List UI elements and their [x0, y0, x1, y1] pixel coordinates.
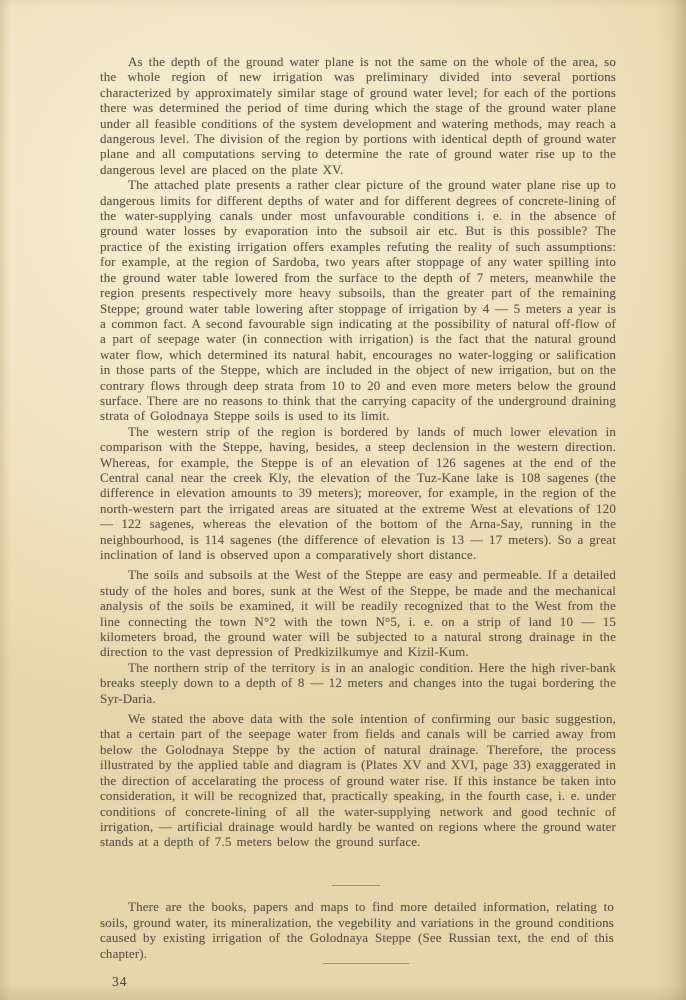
- page-number: 34: [112, 974, 128, 990]
- section-divider-rule: [332, 885, 380, 886]
- paragraph-northern-strip: The northern strip of the territory is i…: [100, 660, 616, 706]
- paragraph-western-strip-elevations: The western strip of the region is borde…: [100, 424, 616, 563]
- paragraph-soils-and-subsoils-west: The soils and subsoils at the West of th…: [100, 567, 616, 659]
- scanned-book-page: As the depth of the ground water plane i…: [0, 0, 686, 1000]
- end-of-chapter-rule: [323, 963, 409, 964]
- paragraph-basic-suggestion-drainage: We stated the above data with the sole i…: [100, 711, 616, 850]
- paragraph-reference-note: There are the books, papers and maps to …: [100, 899, 614, 961]
- paragraph-ground-water-plane-division: As the depth of the ground water plane i…: [100, 54, 616, 177]
- paragraph-attached-plate-discussion: The attached plate presents a rather cle…: [100, 177, 616, 424]
- page-body-text: As the depth of the ground water plane i…: [100, 54, 616, 850]
